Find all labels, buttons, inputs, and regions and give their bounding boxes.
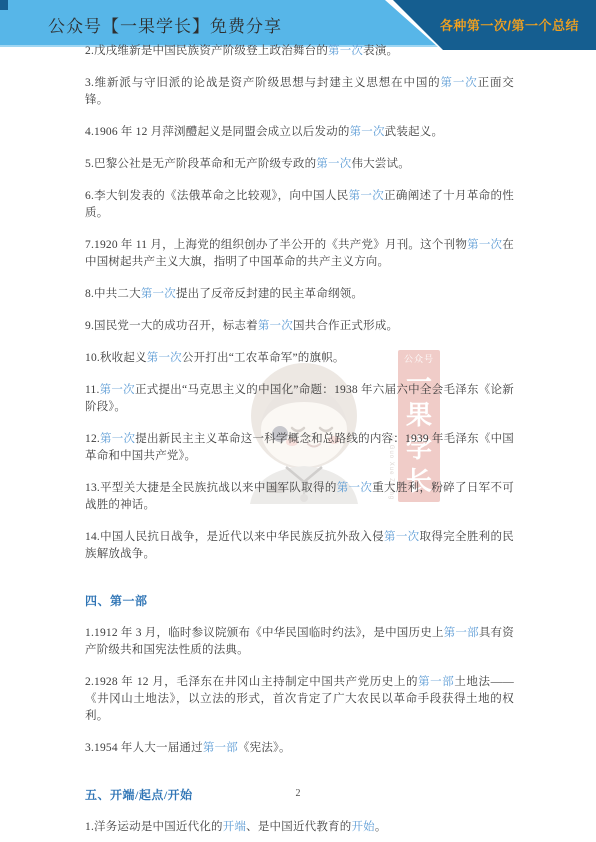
highlight-term: 第一次 <box>441 77 478 89</box>
item-text: 9.国民党一大的成功召开，标志着 <box>85 320 258 332</box>
highlight-term: 开始 <box>351 821 374 833</box>
list-item: 2.戊戌维新是中国民族资产阶级登上政治舞台的第一次表演。 <box>85 43 514 60</box>
item-text: 4.1906 年 12 月萍浏醴起义是同盟会成立以后发动的 <box>85 126 350 138</box>
item-text: 《宪法》。 <box>238 742 291 754</box>
item-text: 10.秋收起义 <box>85 352 147 364</box>
list-item: 4.1906 年 12 月萍浏醴起义是同盟会成立以后发动的第一次武装起义。 <box>85 124 514 141</box>
highlight-term: 第一次 <box>349 190 384 202</box>
document-body: 2.戊戌维新是中国民族资产阶级登上政治舞台的第一次表演。3.维新派与守旧派的论战… <box>0 0 596 836</box>
highlight-term: 第一次 <box>328 45 363 57</box>
highlight-term: 第一次 <box>467 239 502 251</box>
list-item: 8.中共二大第一次提出了反帝反封建的民主革命纲领。 <box>85 286 514 303</box>
item-text: 2.1928 年 12 月，毛泽东在井冈山主持制定中国共产党历史上的 <box>85 676 418 688</box>
highlight-term: 第一次 <box>316 158 351 170</box>
item-text: 11. <box>85 384 100 396</box>
highlight-term: 第一次 <box>100 433 135 445</box>
item-text: 武装起义。 <box>385 126 444 138</box>
list-item: 10.秋收起义第一次公开打出“工农革命军”的旗帜。 <box>85 350 514 367</box>
item-text: 14.中国人民抗日战争，是近代以来中华民族反抗外敌入侵 <box>85 531 384 543</box>
item-text: 7.1920 年 11 月，上海党的组织创办了半公开的《共产党》月刊。这个刊物 <box>85 239 467 251</box>
item-text: 5.巴黎公社是无产阶段革命和无产阶级专政的 <box>85 158 316 170</box>
list-item: 6.李大钊发表的《法俄革命之比较观》，向中国人民第一次正确阐述了十月革命的性质。 <box>85 188 514 222</box>
list-item: 1.洋务运动是中国近代化的开端、是中国近代教育的开始。 <box>85 819 514 836</box>
item-text: 公开打出“工农革命军”的旗帜。 <box>182 352 345 364</box>
list-item: 7.1920 年 11 月，上海党的组织创办了半公开的《共产党》月刊。这个刊物第… <box>85 237 514 271</box>
list-item: 3.维新派与守旧派的论战是资产阶级思想与封建主义思想在中国的第一次正面交锋。 <box>85 75 514 109</box>
highlight-term: 第一部 <box>418 676 454 688</box>
highlight-term: 第一次 <box>350 126 385 138</box>
item-text: 1.洋务运动是中国近代化的 <box>85 821 223 833</box>
item-text: 3.1954 年人大一届通过 <box>85 742 203 754</box>
highlight-term: 第一次 <box>384 531 420 543</box>
page-footer: 2 <box>0 788 596 799</box>
item-text: 。 <box>375 821 387 833</box>
item-text: 1.1912 年 3 月，临时参议院颁布《中华民国临时约法》，是中国历史上 <box>85 627 444 639</box>
item-text: 国共合作正式形成。 <box>293 320 398 332</box>
highlight-term: 第一部 <box>444 627 479 639</box>
section-heading: 四、第一部 <box>85 593 514 610</box>
list-item: 1.1912 年 3 月，临时参议院颁布《中华民国临时约法》，是中国历史上第一部… <box>85 625 514 659</box>
highlight-term: 第一次 <box>100 384 135 396</box>
list-item: 11.第一次正式提出“马克思主义的中国化”命题：1938 年六届六中全会毛泽东《… <box>85 382 514 416</box>
list-item: 2.1928 年 12 月，毛泽东在井冈山主持制定中国共产党历史上的第一部土地法… <box>85 674 514 725</box>
item-text: 2.戊戌维新是中国民族资产阶级登上政治舞台的 <box>85 45 328 57</box>
item-text: 正式提出“马克思主义的中国化”命题：1938 年六届六中全会毛泽东《论新阶段》。 <box>85 384 514 413</box>
item-text: 、是中国近代教育的 <box>246 821 351 833</box>
item-text: 3.维新派与守旧派的论战是资产阶级思想与封建主义思想在中国的 <box>85 77 441 89</box>
item-text: 表演。 <box>363 45 398 57</box>
list-item: 9.国民党一大的成功召开，标志着第一次国共合作正式形成。 <box>85 318 514 335</box>
item-text: 提出新民主主义革命这一科学概念和总路线的内容：1939 年毛泽东《中国革命和中国… <box>85 433 514 462</box>
item-text: 8.中共二大 <box>85 288 141 300</box>
item-text: 13.平型关大捷是全民族抗战以来中国军队取得的 <box>85 482 337 494</box>
highlight-term: 第一次 <box>141 288 176 300</box>
highlight-term: 开端 <box>223 821 246 833</box>
highlight-term: 第一次 <box>147 352 182 364</box>
list-item: 14.中国人民抗日战争，是近代以来中华民族反抗外敌入侵第一次取得完全胜利的民族解… <box>85 529 514 563</box>
list-item: 5.巴黎公社是无产阶段革命和无产阶级专政的第一次伟大尝试。 <box>85 156 514 173</box>
list-item: 3.1954 年人大一届通过第一部《宪法》。 <box>85 740 514 757</box>
list-item: 13.平型关大捷是全民族抗战以来中国军队取得的第一次重大胜利，粉碎了日军不可战胜… <box>85 480 514 514</box>
document-page: 各种第一次/第一个总结 公众号【一果学长】免费分享 公众号 一 果 学 长 <box>0 0 596 842</box>
item-text: 伟大尝试。 <box>351 158 410 170</box>
item-text: 提出了反帝反封建的民主革命纲领。 <box>176 288 363 300</box>
page-number: 2 <box>296 788 301 799</box>
highlight-term: 第一次 <box>337 482 373 494</box>
highlight-term: 第一次 <box>258 320 293 332</box>
highlight-term: 第一部 <box>203 742 238 754</box>
item-text: 6.李大钊发表的《法俄革命之比较观》，向中国人民 <box>85 190 349 202</box>
list-item: 12.第一次提出新民主主义革命这一科学概念和总路线的内容：1939 年毛泽东《中… <box>85 431 514 465</box>
item-text: 12. <box>85 433 100 445</box>
